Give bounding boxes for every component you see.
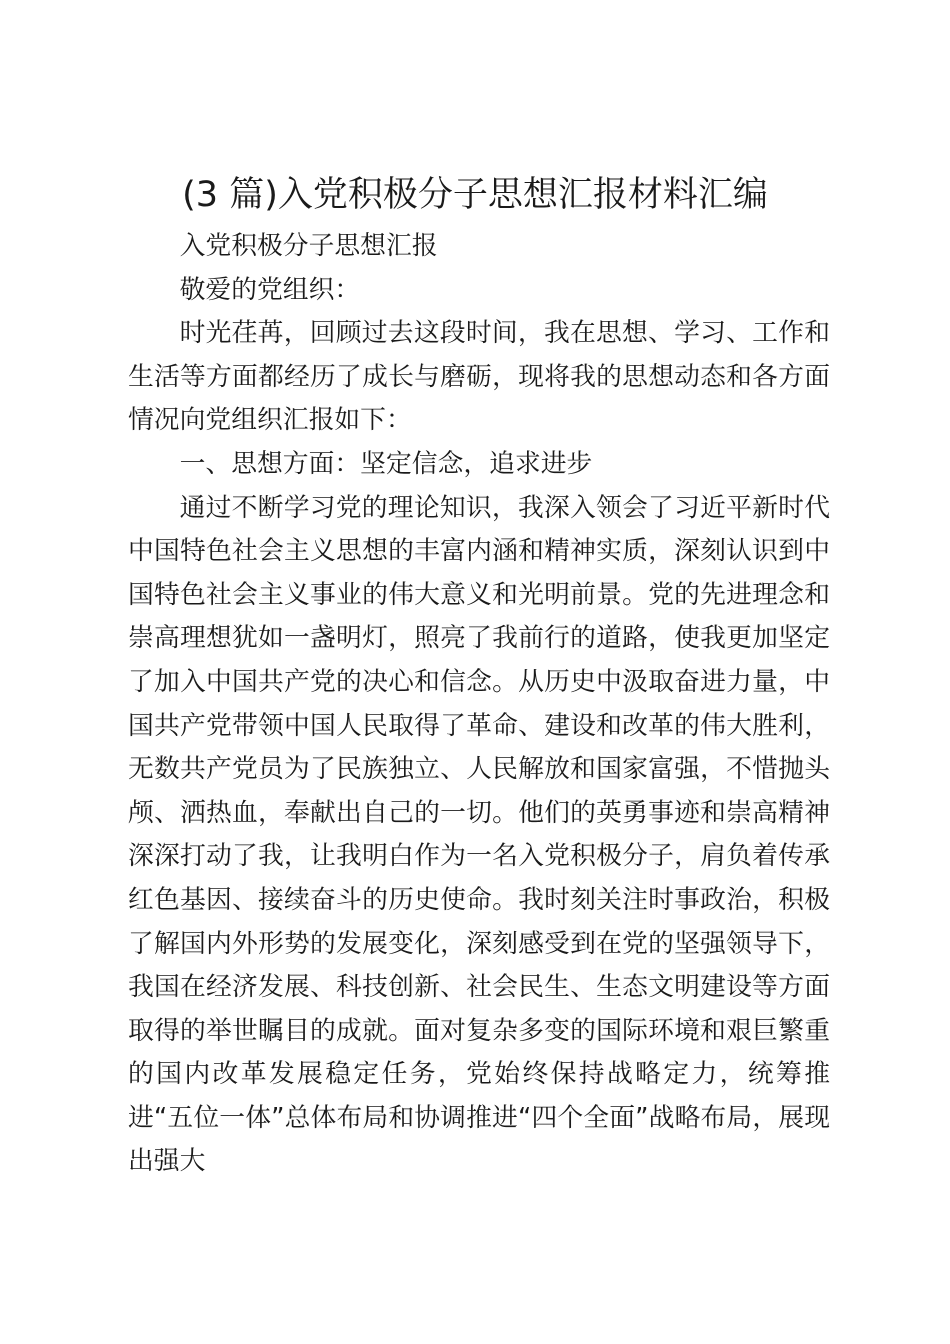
section-heading-ideology: 一、思想方面：坚定信念，追求进步 (128, 443, 830, 487)
document-body: 入党积极分子思想汇报 敬爱的党组织： 时光荏苒，回顾过去这段时间，我在思想、学习… (128, 225, 830, 1184)
subtitle: 入党积极分子思想汇报 (128, 225, 830, 269)
document-page: (3 篇)入党积极分子思想汇报材料汇编 入党积极分子思想汇报 敬爱的党组织： 时… (0, 0, 950, 1344)
paragraph-intro: 时光荏苒，回顾过去这段时间，我在思想、学习、工作和生活等方面都经历了成长与磨砺，… (128, 312, 830, 443)
paragraph-ideology: 通过不断学习党的理论知识，我深入领会了习近平新时代中国特色社会主义思想的丰富内涵… (128, 487, 830, 1185)
document-title: (3 篇)入党积极分子思想汇报材料汇编 (0, 172, 950, 218)
salutation: 敬爱的党组织： (128, 269, 830, 313)
